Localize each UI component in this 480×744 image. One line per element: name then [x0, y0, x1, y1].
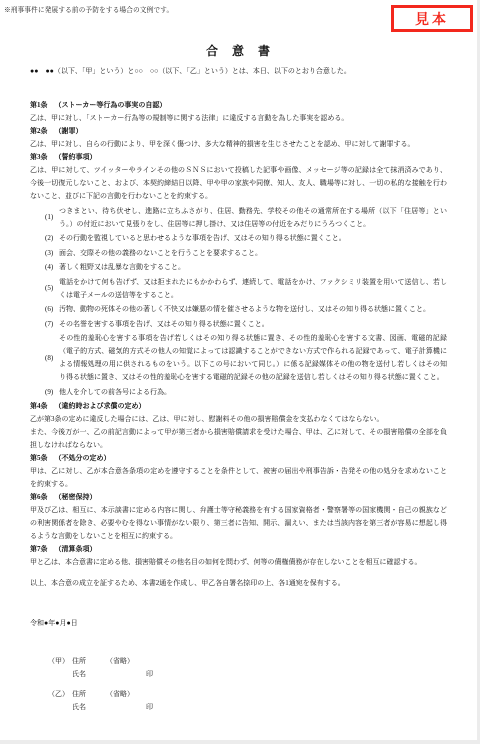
item-number: (4)	[45, 261, 59, 274]
article-heading: 第1条（ストーカー等行為の事実の自認）	[30, 99, 447, 112]
article-number: 第3条	[30, 153, 48, 161]
list-item: (6)汚物、動物の死体その他の著しく不快又は嫌悪の情を催させるような物を送付し、…	[45, 303, 447, 316]
article: 第6条（秘密保持）甲及び乙は、相互に、本示談書に定める内容に関し、弁護士等守秘義…	[30, 491, 447, 543]
article-title: （謝罪）	[55, 127, 83, 135]
article-title: （ストーカー等行為の事実の自認）	[55, 101, 167, 109]
article-paragraph: 甲と乙は、本合意書に定める他、損害賠償その他名目の如何を問わず、何等の債権債務が…	[30, 556, 447, 569]
item-text: 汚物、動物の死体その他の著しく不快又は嫌悪の情を催させるような物を送付し、又はそ…	[59, 303, 447, 316]
list-item: (2)その行動を監視していると思わせるような事項を告げ、又はその知り得る状態に置…	[45, 232, 447, 245]
sample-stamp: 見本	[391, 5, 473, 32]
item-text: その性的羞恥心を害する事項を告げ若しくはその知り得る状態に置き、その性的羞恥心を…	[59, 332, 447, 384]
signature-spacer	[106, 668, 146, 681]
signature-spacer	[106, 701, 146, 714]
list-item: (7)その名誉を害する事項を告げ、又はその知り得る状態に置くこと。	[45, 318, 447, 331]
article-number: 第1条	[30, 101, 48, 109]
article-title: （違約時および求償の定め）	[55, 402, 146, 410]
article-title: （誓約事項）	[55, 153, 97, 161]
article-heading: 第7条（清算条項）	[30, 543, 447, 556]
item-number: (6)	[45, 303, 59, 316]
intro-paragraph: ●● ●●（以下、「甲」という）と○○ ○○（以下、「乙」という）とは、本日、以…	[30, 65, 447, 78]
articles-section: 第1条（ストーカー等行為の事実の自認）乙は、甲に対し、「ストーカー行為等の規制等…	[30, 99, 447, 569]
article-number: 第4条	[30, 402, 48, 410]
item-text: 電話をかけて何も告げず、又は拒まれたにもかかわらず、連続して、電話をかけ、ファク…	[59, 276, 447, 302]
article: 第2条（謝罪）乙は、甲に対し、自らの行動により、甲を深く傷つけ、多大な精神的損害…	[30, 125, 447, 151]
item-text: その行動を監視していると思わせるような事項を告げ、又はその知り得る状態に置くこと…	[59, 232, 447, 245]
article: 第4条（違約時および求償の定め）乙が第3条の定めに違反した場合には、乙は、甲に対…	[30, 400, 447, 452]
date-line: 令和●年●月●日	[30, 617, 447, 630]
article-paragraph: また、今後万が一、乙の前記言動によって甲が第三者から損害賠償請求を受けた場合、甲…	[30, 426, 447, 452]
item-text: 面会、交際その他の義務のないことを行うことを要求すること。	[59, 247, 447, 260]
list-item: (5)電話をかけて何も告げず、又は拒まれたにもかかわらず、連続して、電話をかけ、…	[45, 276, 447, 302]
article: 第3条（誓約事項）乙は、甲に対して、ツイッターやラインその他のＳＮＳにおいて投稿…	[30, 151, 447, 399]
item-number: (1)	[45, 205, 59, 231]
article-heading: 第2条（謝罪）	[30, 125, 447, 138]
article: 第7条（清算条項）甲と乙は、本合意書に定める他、損害賠償その他名目の如何を問わず…	[30, 543, 447, 569]
signatures-section: （甲）住所（省略）氏名印（乙）住所（省略）氏名印	[48, 655, 447, 714]
article: 第1条（ストーカー等行為の事実の自認）乙は、甲に対し、「ストーカー行為等の規制等…	[30, 99, 447, 125]
signature-party: （甲）	[48, 655, 72, 668]
article-paragraph: 甲は、乙に対し、乙が本合意各条項の定めを遵守することを条件として、被害の届出や刑…	[30, 465, 447, 491]
article-paragraph: 乙は、甲に対し、自らの行動により、甲を深く傷つけ、多大な精神的損害を生じさせたこ…	[30, 138, 447, 151]
signature-seal: 印	[146, 701, 166, 714]
article-title: （秘密保持）	[55, 493, 97, 501]
article-heading: 第3条（誓約事項）	[30, 151, 447, 164]
signature-address-value: （省略）	[106, 655, 146, 668]
article-paragraph: 甲及び乙は、相互に、本示談書に定める内容に関し、弁護士等守秘義務を有する国家資格…	[30, 504, 447, 543]
signature-name-label: 氏名	[72, 701, 106, 714]
document-title: 合 意 書	[0, 42, 477, 59]
signature-spacer	[48, 668, 72, 681]
document-body: ●● ●●（以下、「甲」という）と○○ ○○（以下、「乙」という）とは、本日、以…	[30, 65, 447, 714]
signature-name-label: 氏名	[72, 668, 106, 681]
item-number: (9)	[45, 386, 59, 399]
item-number: (2)	[45, 232, 59, 245]
signature-block: （乙）住所（省略）氏名印	[48, 688, 447, 714]
signature-spacer	[146, 688, 166, 701]
article-heading: 第5条（不処分の定め）	[30, 452, 447, 465]
article-heading: 第4条（違約時および求償の定め）	[30, 400, 447, 413]
item-number: (5)	[45, 276, 59, 302]
signature-address-label: 住所	[72, 655, 106, 668]
article-number: 第6条	[30, 493, 48, 501]
article-paragraph: 乙は、甲に対し、「ストーカー行為等の規制等に関する法律」に違反する言動を為した事…	[30, 112, 447, 125]
article-title: （不処分の定め）	[55, 454, 111, 462]
item-number: (3)	[45, 247, 59, 260]
list-item: (8)その性的羞恥心を害する事項を告げ若しくはその知り得る状態に置き、その性的羞…	[45, 332, 447, 384]
closing-paragraph: 以上、本合意の成立を証するため、本書2通を作成し、甲乙各自署名捺印の上、各1通宛…	[30, 577, 447, 590]
document-note: ※刑事事件に発展する前の予防をする場合の文例です。	[4, 4, 173, 14]
article-number: 第7条	[30, 545, 48, 553]
article-number: 第2条	[30, 127, 48, 135]
item-text: つきまとい、待ち伏せし、進路に立ちふさがり、住居、勤務先、学校その他その通常所在…	[59, 205, 447, 231]
item-text: 他人を介しての前各号による行為。	[59, 386, 447, 399]
signature-spacer	[48, 701, 72, 714]
signature-address-value: （省略）	[106, 688, 146, 701]
list-item: (1)つきまとい、待ち伏せし、進路に立ちふさがり、住居、勤務先、学校その他その通…	[45, 205, 447, 231]
article-title: （清算条項）	[55, 545, 97, 553]
article-paragraph: 乙が第3条の定めに違反した場合には、乙は、甲に対し、慰謝料その他の損害賠償金を支…	[30, 413, 447, 426]
signature-address-label: 住所	[72, 688, 106, 701]
article-paragraph: 乙は、甲に対して、ツイッターやラインその他のＳＮＳにおいて投稿した記事や画像、メ…	[30, 164, 447, 203]
signature-party: （乙）	[48, 688, 72, 701]
list-item: (3)面会、交際その他の義務のないことを行うことを要求すること。	[45, 247, 447, 260]
item-number: (8)	[45, 332, 59, 384]
item-number: (7)	[45, 318, 59, 331]
list-item: (4)著しく粗野又は乱暴な言動をすること。	[45, 261, 447, 274]
item-text: その名誉を害する事項を告げ、又はその知り得る状態に置くこと。	[59, 318, 447, 331]
item-text: 著しく粗野又は乱暴な言動をすること。	[59, 261, 447, 274]
list-item: (9)他人を介しての前各号による行為。	[45, 386, 447, 399]
article-number: 第5条	[30, 454, 48, 462]
signature-spacer	[146, 655, 166, 668]
article-heading: 第6条（秘密保持）	[30, 491, 447, 504]
signature-block: （甲）住所（省略）氏名印	[48, 655, 447, 681]
document-page: ※刑事事件に発展する前の予防をする場合の文例です。 見本 合 意 書 ●● ●●…	[0, 0, 477, 740]
signature-seal: 印	[146, 668, 166, 681]
article: 第5条（不処分の定め）甲は、乙に対し、乙が本合意各条項の定めを遵守することを条件…	[30, 452, 447, 491]
